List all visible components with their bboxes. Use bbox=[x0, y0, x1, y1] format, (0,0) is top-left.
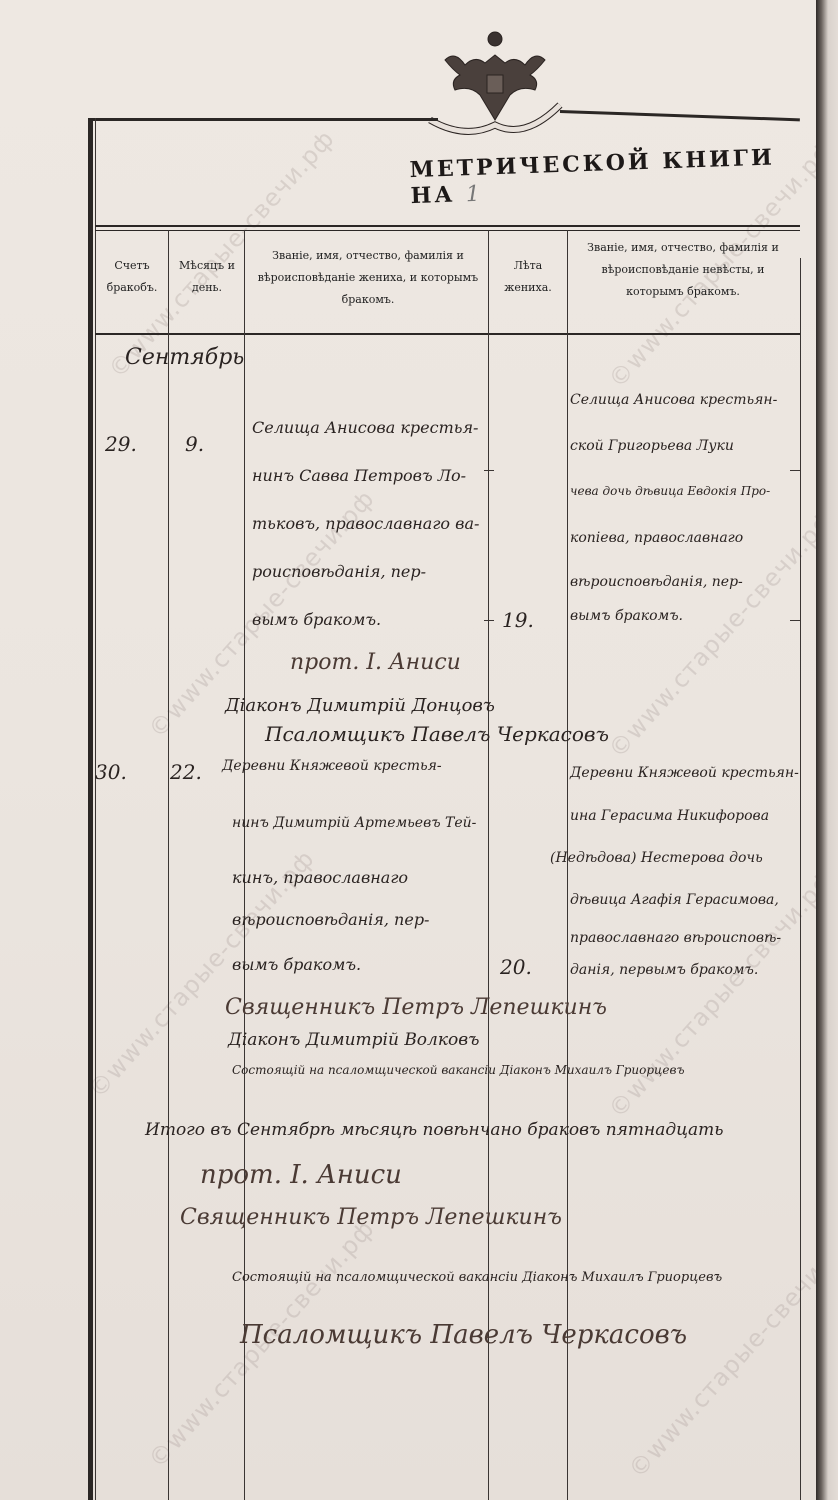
table-border bbox=[95, 118, 96, 1500]
bride-line: чева дочь дѣвица Евдокія Про- bbox=[570, 484, 770, 498]
column-divider bbox=[168, 230, 169, 1500]
month-heading: Сентябрь bbox=[125, 345, 244, 370]
entry-day: 22. bbox=[170, 760, 202, 784]
month-summary: Итого въ Сентябрѣ мѣсяцѣ повѣнчано брако… bbox=[145, 1120, 724, 1140]
page-title: МЕТРИЧЕСКОЙ КНИГИ НА 1 bbox=[409, 143, 821, 209]
column-header-bride: Званіе, имя, отчество, фамилія и вѣроисп… bbox=[572, 237, 794, 303]
bride-line: православнаго вѣроисповѣ- bbox=[570, 930, 781, 946]
groom-line: роисповѣданія, пер- bbox=[252, 562, 426, 581]
signature-priest: Священникъ Петръ Лепешкинъ bbox=[225, 995, 607, 1020]
bride-line: дѣвица Агафія Герасимова, bbox=[570, 892, 779, 908]
signature-psalmist: Псаломщикъ Павелъ Черкасовъ bbox=[240, 1320, 687, 1350]
groom-line: нинъ Димитрій Артемьевъ Тей- bbox=[232, 815, 476, 831]
row-tick bbox=[790, 470, 800, 471]
bride-line: данія, первымъ бракомъ. bbox=[570, 962, 758, 978]
signature-archpriest: прот. І. Аниси bbox=[200, 1160, 402, 1190]
signature-deacon: Діаконъ Димитрій Волковъ bbox=[228, 1030, 479, 1050]
signature-archpriest: прот. І. Аниси bbox=[290, 650, 461, 675]
signature-psalmist: Псаломщикъ Павелъ Черкасовъ bbox=[265, 722, 609, 746]
groom-line: тьковъ, православнаго ва- bbox=[252, 514, 479, 533]
groom-line: Селища Анисова крестья- bbox=[252, 418, 478, 437]
signature-psalmist-vacancy: Состоящій на псаломщической вакансіи Діа… bbox=[232, 1270, 722, 1285]
row-tick bbox=[484, 470, 494, 471]
signature-psalmist-vacancy: Состоящій на псаломщической вакансіи Діа… bbox=[232, 1063, 684, 1077]
register-page: ©www.старые-свечи.рф ©www.старые-свечи.р… bbox=[0, 0, 820, 1500]
groom-age: 19. bbox=[502, 608, 534, 632]
column-divider bbox=[244, 230, 245, 1500]
table-border bbox=[88, 118, 93, 1500]
bride-line: ской Григорьева Луки bbox=[570, 438, 734, 454]
groom-line: вымъ бракомъ. bbox=[252, 610, 381, 629]
row-tick bbox=[790, 620, 800, 621]
column-divider bbox=[488, 230, 489, 1500]
groom-line: вымъ бракомъ. bbox=[232, 955, 361, 974]
column-header-month-day: Мѣсяцъ и день. bbox=[172, 255, 242, 299]
table-border bbox=[800, 258, 801, 1500]
signature-deacon: Діаконъ Димитрій Донцовъ bbox=[225, 695, 495, 716]
watermark: ©www.старые-свечи.рф bbox=[623, 1225, 838, 1484]
groom-line: нинъ Савва Петровъ Ло- bbox=[252, 466, 466, 485]
bride-line: ина Герасима Никифорова bbox=[570, 808, 769, 824]
signature-priest: Священникъ Петръ Лепешкинъ bbox=[180, 1205, 562, 1230]
header-rule bbox=[560, 110, 800, 121]
bride-line: копіева, православнаго bbox=[570, 530, 743, 546]
entry-number: 30. bbox=[95, 760, 127, 784]
row-tick bbox=[484, 620, 494, 621]
bride-line: Селища Анисова крестьян- bbox=[570, 392, 777, 408]
header-rule bbox=[95, 225, 800, 227]
header-rule bbox=[95, 333, 800, 335]
book-gutter bbox=[816, 0, 838, 1500]
header-rule bbox=[88, 118, 438, 121]
column-header-marriage-number: Счетъ бракобъ. bbox=[98, 255, 166, 299]
groom-line: вѣроисповѣданія, пер- bbox=[232, 910, 429, 929]
column-header-groom-age: Лѣта жениха. bbox=[492, 255, 564, 299]
bride-line: вѣроисповѣданія, пер- bbox=[570, 574, 743, 590]
bride-line: (Недѣдова) Нестерова дочь bbox=[550, 850, 763, 866]
bride-line: вымъ бракомъ. bbox=[570, 608, 683, 624]
groom-line: кинъ, православнаго bbox=[232, 868, 408, 887]
entry-day: 9. bbox=[185, 432, 204, 456]
entry-number: 29. bbox=[105, 432, 137, 456]
double-headed-eagle-emblem-icon bbox=[425, 25, 565, 140]
bride-line: Деревни Княжевой крестьян- bbox=[570, 765, 799, 781]
groom-age: 20. bbox=[500, 955, 532, 979]
column-header-groom: Званіе, имя, отчество, фамилія и вѣроисп… bbox=[252, 245, 484, 311]
header-rule bbox=[95, 230, 800, 231]
groom-line: Деревни Княжевой крестья- bbox=[222, 758, 442, 774]
